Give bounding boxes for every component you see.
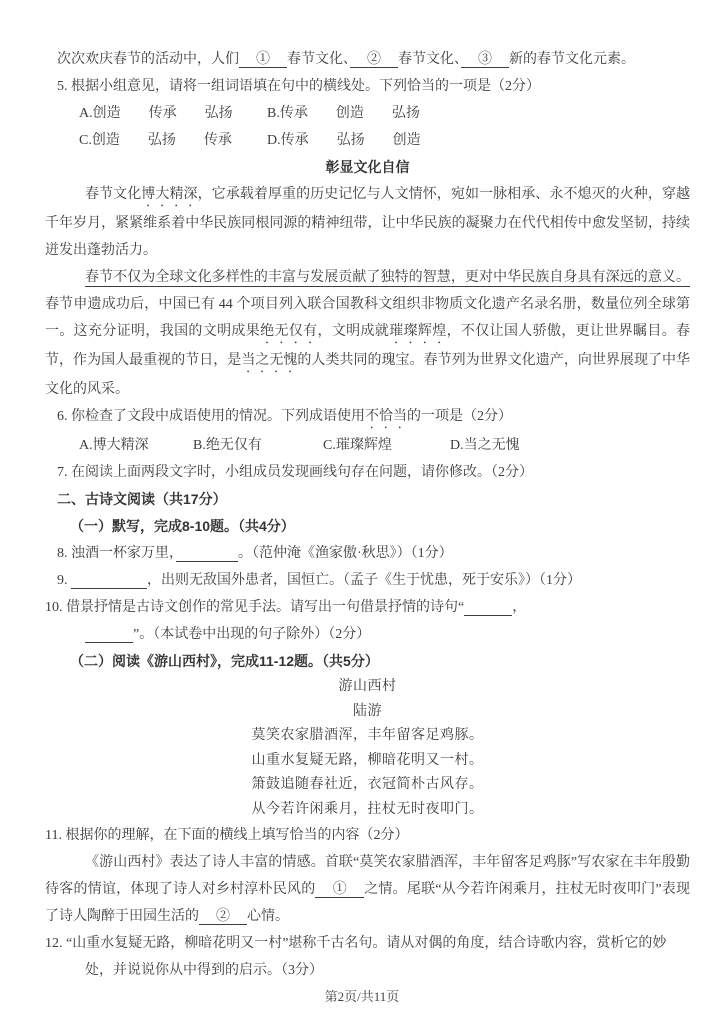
poem-block: 游山西村 陆游 莫笑农家腊酒浑，丰年留客足鸡豚。 山重水复疑无路，柳暗花明又一村…: [45, 675, 690, 822]
q6-option-d: D.当之无愧: [450, 432, 690, 459]
text-segment-normal: 6. 你检查了文段中成语使用的情况。下列成语使用: [57, 409, 365, 424]
question-11-body: 《游山西村》表达了诗人丰富的情感。首联“莫笑农家腊酒浑，丰年留客足鸡豚”写农家在…: [45, 849, 690, 930]
text-segment-em: 不恰当: [365, 409, 407, 424]
text-segment-blank: [176, 546, 238, 562]
continued-text-line: 次次欢庆春节的活动中，人们 ① 春节文化、 ② 春节文化、 ③ 新的春节文化元素…: [57, 46, 690, 73]
page-number: 第2页/共11页: [0, 983, 724, 1010]
text-segment-blank: [71, 573, 147, 589]
poem-author: 陆游: [45, 700, 690, 725]
question-6-options: A.博大精深 B.绝无仅有 C.璀璨辉煌 D.当之无愧: [79, 432, 690, 459]
text-segment-normal: ，出则无敌国外患者，国恒亡。（孟子《生于忧患，死于安乐》）（1分）: [147, 573, 581, 588]
essay-title: 彰显文化自信: [45, 154, 690, 181]
text-segment-blank: ②: [350, 52, 398, 68]
text-segment-em: 璀璨辉煌: [389, 324, 446, 339]
question-11-stem: 11. 根据你的理解，在下面的横线上填写恰当的内容（2分）: [45, 822, 690, 849]
question-5-options: A.创造 传承 弘扬 B.传承 创造 弘扬 C.创造 弘扬 传承 D.传承 弘扬…: [79, 100, 690, 154]
essay-paragraph-2: 春节不仅为全球文化多样性的丰富与发展贡献了独特的智慧，更对中华民族自身具有深远的…: [45, 264, 690, 403]
question-12: 12. “山重水复疑无路，柳暗花明又一村”堪称千古名句。请从对偶的角度，结合诗歌…: [45, 930, 690, 984]
text-segment-blank: [85, 627, 133, 643]
q6-option-b: B.绝无仅有: [193, 432, 323, 459]
text-segment-blank: ②: [199, 909, 247, 925]
q6-option-c: C.璀璨辉煌: [323, 432, 450, 459]
text-segment-em: 博大精深: [141, 187, 197, 202]
text-segment-blank: ③: [461, 52, 509, 68]
poem-line-1: 莫笑农家腊酒浑，丰年留客足鸡豚。: [45, 724, 690, 749]
poem-line-4: 从今若许闲乘月，拄杖无时夜叩门。: [45, 798, 690, 823]
text-segment-normal: 春节文化: [85, 187, 141, 202]
question-5-stem: 5. 根据小组意见，请将一组词语填在句中的横线处。下列恰当的一项是（2分）: [57, 73, 690, 100]
part-1-heading: （一）默写，完成8-10题。（共4分）: [70, 513, 690, 540]
text-segment-normal: 8. 浊酒一杯家万里，: [57, 546, 176, 561]
text-segment-blank: ①: [239, 52, 287, 68]
poem-line-3: 箫鼓追随春社近，衣冠简朴古风存。: [45, 773, 690, 798]
question-6-stem: 6. 你检查了文段中成语使用的情况。下列成语使用不恰当的一项是（2分）: [57, 403, 690, 432]
part-2-heading: （二）阅读《游山西村》，完成11-12题。（共5分）: [70, 648, 690, 675]
q5-option-b: B.传承 创造 弘扬: [267, 100, 690, 127]
text-segment-normal: 新的春节文化元素。: [509, 52, 635, 67]
exam-paper-page: 次次欢庆春节的活动中，人们 ① 春节文化、 ② 春节文化、 ③ 新的春节文化元素…: [0, 0, 724, 1024]
poem-line-2: 山重水复疑无路，柳暗花明又一村。: [45, 749, 690, 774]
question-10-line-2: ”。（本试卷中出现的句子除外）（2分）: [85, 621, 690, 648]
text-segment-u: 春节不仅为全球文化多样性的丰富与发展贡献了独特的智慧，更对中华民族自身具有深远的…: [85, 270, 690, 287]
q5-option-c: C.创造 弘扬 传承: [79, 127, 267, 154]
text-segment-blank: [464, 600, 512, 616]
text-segment-normal: 。（范仲淹《渔家傲·秋思》）（1分）: [238, 546, 453, 561]
poem-title: 游山西村: [45, 675, 690, 700]
q5-option-a: A.创造 传承 弘扬: [79, 100, 267, 127]
text-segment-normal: 次次欢庆春节的活动中，人们: [57, 52, 239, 67]
question-9: 9. ，出则无敌国外患者，国恒亡。（孟子《生于忧患，死于安乐》）（1分）: [57, 567, 690, 594]
text-segment-normal: 10. 借景抒情是古诗文创作的常见手法。请写出一句借景抒情的诗句“: [45, 600, 464, 615]
text-segment-em: 当之无愧: [241, 353, 297, 368]
q5-option-d: D.传承 弘扬 创造: [267, 127, 690, 154]
essay-paragraph-1: 春节文化博大精深，它承载着厚重的历史记忆与人文情怀，宛如一脉相承、永不熄灭的火种…: [45, 181, 690, 264]
text-segment-normal: ，文明成就: [318, 324, 390, 339]
text-segment-em: 绝无仅有: [260, 324, 317, 339]
text-segment-normal: 9.: [57, 573, 71, 588]
section-2-heading: 二、古诗文阅读（共17分）: [57, 486, 690, 513]
text-segment-normal: ，: [512, 600, 526, 615]
text-segment-normal: ”。（本试卷中出现的句子除外）（2分）: [133, 627, 370, 642]
question-10-line-1: 10. 借景抒情是古诗文创作的常见手法。请写出一句借景抒情的诗句“ ，: [45, 594, 690, 621]
text-segment-normal: 心情。: [247, 909, 289, 924]
text-segment-normal: 春节文化、: [287, 52, 350, 67]
text-segment-normal: 春节文化、: [398, 52, 461, 67]
question-7: 7. 在阅读上面两段文字时，小组成员发现画线句存在问题，请你修改。（2分）: [57, 459, 690, 486]
q6-option-a: A.博大精深: [79, 432, 193, 459]
question-8: 8. 浊酒一杯家万里， 。（范仲淹《渔家傲·秋思》）（1分）: [57, 540, 690, 567]
text-segment-normal: 的一项是（2分）: [407, 409, 512, 424]
text-segment-blank: ①: [315, 882, 364, 898]
